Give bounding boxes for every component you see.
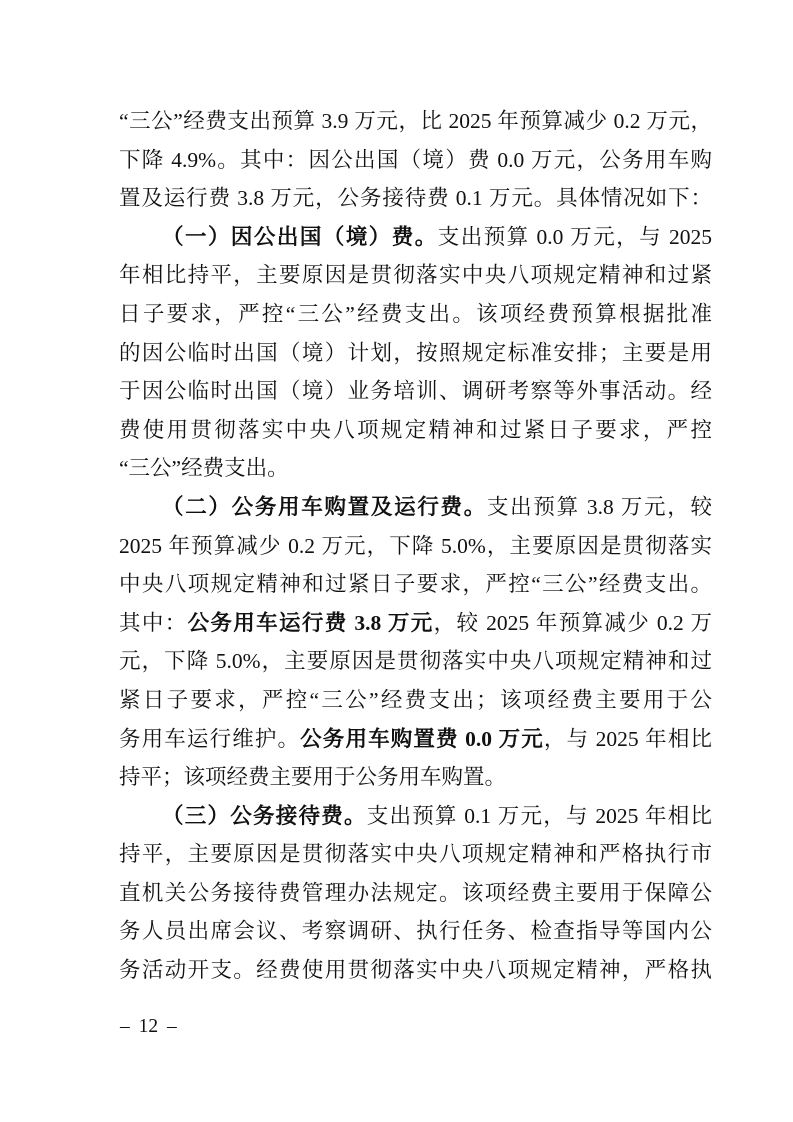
- text-segment: 持平，主要原因是贯彻落实中央八项规定精神和严格执行市: [119, 842, 712, 866]
- text-line: 紧日子要求，严控“三公”经费支出；该项经费主要用于公: [119, 681, 712, 720]
- document-page: “三公”经费支出预算 3.9 万元，比 2025 年预算减少 0.2 万元，下降…: [0, 0, 793, 1122]
- text-segment: 费使用贯彻落实中央八项规定精神和过紧日子要求，严控: [119, 418, 712, 442]
- text-line: 下降 4.9%。其中：因公出国（境）费 0.0 万元，公务用车购: [119, 141, 712, 180]
- page-number: – 12 –: [120, 1014, 177, 1040]
- text-segment: 于因公临时出国（境）业务培训、调研考察等外事活动。经: [119, 379, 712, 403]
- text-segment: “三公”经费支出预算 3.9 万元，比 2025 年预算减少 0.2 万元，: [119, 109, 712, 133]
- bold-text-segment: 公务用车购置费 0.0 万元: [300, 727, 544, 751]
- text-segment: 持平；该项经费主要用于公务用车购置。: [119, 765, 506, 789]
- text-segment: 务活动开支。经费使用贯彻落实中央八项规定精神，严格执: [119, 958, 712, 982]
- text-line: “三公”经费支出预算 3.9 万元，比 2025 年预算减少 0.2 万元，: [119, 102, 712, 141]
- text-segment: 支出预算 0.0 万元，与 2025: [438, 225, 712, 249]
- text-line: 直机关公务接待费管理办法规定。该项经费主要用于保障公: [119, 874, 712, 913]
- text-line: （一）因公出国（境）费。支出预算 0.0 万元，与 2025: [119, 218, 712, 257]
- text-segment: 务用车运行维护。: [119, 727, 300, 751]
- bold-text-segment: （二）公务用车购置及运行费。: [162, 495, 487, 519]
- text-line: （二）公务用车购置及运行费。支出预算 3.8 万元，较: [119, 488, 712, 527]
- text-segment: 的因公临时出国（境）计划，按照规定标准安排；主要是用: [119, 341, 712, 365]
- text-line: 元，下降 5.0%，主要原因是贯彻落实中央八项规定精神和过: [119, 642, 712, 681]
- text-line: 置及运行费 3.8 万元，公务接待费 0.1 万元。具体情况如下：: [119, 179, 712, 218]
- text-line: 年相比持平，主要原因是贯彻落实中央八项规定精神和过紧: [119, 256, 712, 295]
- text-segment: 下降 4.9%。其中：因公出国（境）费 0.0 万元，公务用车购: [119, 148, 712, 172]
- text-segment: 年相比持平，主要原因是贯彻落实中央八项规定精神和过紧: [119, 263, 712, 287]
- text-segment: 务人员出席会议、考察调研、执行任务、检查指导等国内公: [119, 919, 712, 943]
- text-line: 务活动开支。经费使用贯彻落实中央八项规定精神，严格执: [119, 951, 712, 990]
- bold-text-segment: 公务用车运行费 3.8 万元: [188, 611, 434, 635]
- paragraph: （二）公务用车购置及运行费。支出预算 3.8 万元，较2025 年预算减少 0.…: [119, 488, 712, 797]
- text-line: 中央八项规定精神和过紧日子要求，严控“三公”经费支出。: [119, 565, 712, 604]
- paragraph: （一）因公出国（境）费。支出预算 0.0 万元，与 2025年相比持平，主要原因…: [119, 218, 712, 488]
- text-segment: 中央八项规定精神和过紧日子要求，严控“三公”经费支出。: [119, 572, 712, 596]
- text-segment: 直机关公务接待费管理办法规定。该项经费主要用于保障公: [119, 881, 712, 905]
- text-segment: 元，下降 5.0%，主要原因是贯彻落实中央八项规定精神和过: [119, 649, 712, 673]
- text-line: 务人员出席会议、考察调研、执行任务、检查指导等国内公: [119, 912, 712, 951]
- paragraph: “三公”经费支出预算 3.9 万元，比 2025 年预算减少 0.2 万元，下降…: [119, 102, 712, 218]
- text-segment: 支出预算 0.1 万元，与 2025 年相比: [367, 804, 712, 828]
- text-line: 费使用贯彻落实中央八项规定精神和过紧日子要求，严控: [119, 411, 712, 450]
- paragraph: （三）公务接待费。支出预算 0.1 万元，与 2025 年相比持平，主要原因是贯…: [119, 797, 712, 990]
- text-segment: 支出预算 3.8 万元，较: [487, 495, 712, 519]
- body-text: “三公”经费支出预算 3.9 万元，比 2025 年预算减少 0.2 万元，下降…: [119, 102, 712, 990]
- text-segment: ，较 2025 年预算减少 0.2 万: [434, 611, 712, 635]
- text-segment: ，与 2025 年相比: [544, 727, 712, 751]
- text-segment: 日子要求，严控“三公”经费支出。该项经费预算根据批准: [119, 302, 712, 326]
- text-segment: “三公”经费支出。: [119, 456, 289, 480]
- text-line: 其中：公务用车运行费 3.8 万元，较 2025 年预算减少 0.2 万: [119, 604, 712, 643]
- text-line: “三公”经费支出。: [119, 449, 712, 488]
- text-line: 持平；该项经费主要用于公务用车购置。: [119, 758, 712, 797]
- bold-text-segment: （三）公务接待费。: [162, 804, 367, 828]
- text-line: 日子要求，严控“三公”经费支出。该项经费预算根据批准: [119, 295, 712, 334]
- text-line: 的因公临时出国（境）计划，按照规定标准安排；主要是用: [119, 334, 712, 373]
- text-segment: 2025 年预算减少 0.2 万元，下降 5.0%，主要原因是贯彻落实: [119, 534, 712, 558]
- text-line: （三）公务接待费。支出预算 0.1 万元，与 2025 年相比: [119, 797, 712, 836]
- text-segment: 其中：: [119, 611, 188, 635]
- text-line: 于因公临时出国（境）业务培训、调研考察等外事活动。经: [119, 372, 712, 411]
- text-line: 务用车运行维护。公务用车购置费 0.0 万元，与 2025 年相比: [119, 720, 712, 759]
- text-line: 持平，主要原因是贯彻落实中央八项规定精神和严格执行市: [119, 835, 712, 874]
- text-segment: 紧日子要求，严控“三公”经费支出；该项经费主要用于公: [119, 688, 712, 712]
- text-line: 2025 年预算减少 0.2 万元，下降 5.0%，主要原因是贯彻落实: [119, 527, 712, 566]
- text-segment: 置及运行费 3.8 万元，公务接待费 0.1 万元。具体情况如下：: [119, 186, 712, 210]
- bold-text-segment: （一）因公出国（境）费。: [162, 225, 438, 249]
